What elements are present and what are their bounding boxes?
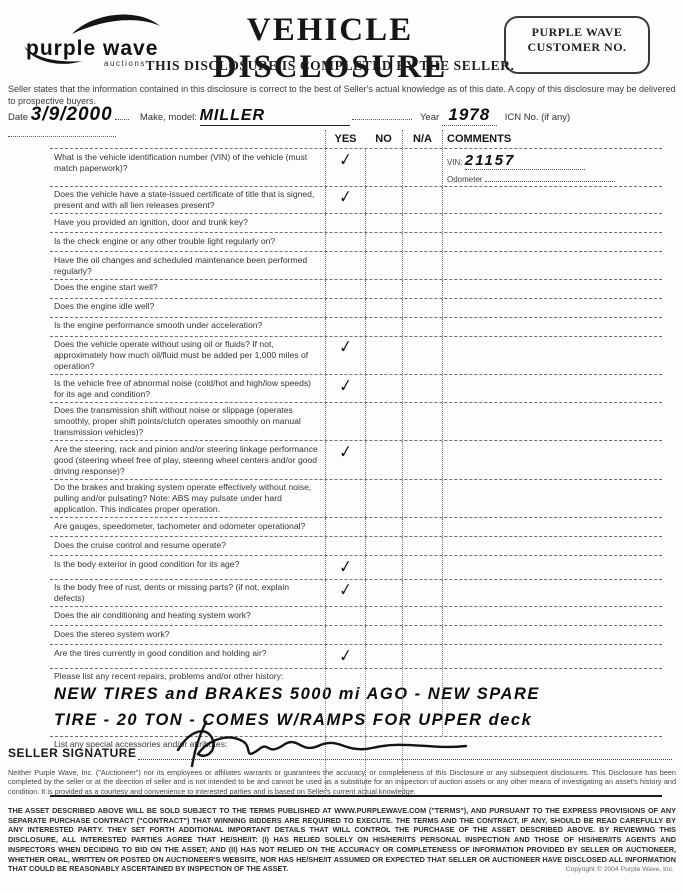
question-text: Is the body free of rust, dents or missi… [50, 580, 325, 607]
na-cell [402, 580, 442, 607]
table-row: Is the vehicle free of abnormal noise (c… [50, 375, 662, 403]
yes-checkmark-icon: ✓ [338, 188, 352, 206]
make-model-value-handwritten: MILLER [200, 107, 266, 124]
comments-cell [442, 318, 662, 336]
yes-checkmark-icon: ✓ [338, 647, 352, 665]
disclaimer-paragraph: Neither Purple Wave, Inc. ("Auctioneer")… [8, 768, 676, 796]
customer-box-line1: PURPLE WAVE [506, 25, 648, 40]
na-cell [402, 280, 442, 298]
question-text: Does the engine start well? [50, 280, 325, 298]
table-row: Have you provided an ignition, door and … [50, 214, 662, 233]
comments-cell [442, 187, 662, 214]
no-cell [365, 187, 402, 214]
yes-checkmark-icon: ✓ [338, 377, 352, 395]
no-cell [365, 337, 402, 375]
yes-cell [325, 403, 365, 441]
na-cell [402, 537, 442, 555]
question-text: Is the body exterior in good condition f… [50, 556, 325, 579]
comments-cell [442, 480, 662, 518]
table-row: What is the vehicle identification numbe… [50, 149, 662, 187]
comments-cell [442, 403, 662, 441]
year-label: Year [420, 112, 439, 123]
odometer-blank-line [485, 173, 615, 182]
no-cell [365, 537, 402, 555]
question-text: Have the oil changes and scheduled maint… [50, 252, 325, 279]
question-text: Is the engine performance smooth under a… [50, 318, 325, 336]
comments-cell [442, 556, 662, 579]
comments-cell [442, 252, 662, 279]
na-cell [402, 149, 442, 186]
question-text: Do the brakes and braking system operate… [50, 480, 325, 518]
terms-paragraph: THE ASSET DESCRIBED ABOVE WILL BE SOLD S… [8, 806, 676, 874]
date-label: Date [8, 112, 28, 123]
comments-cell [442, 214, 662, 232]
no-cell [365, 318, 402, 336]
no-cell [365, 214, 402, 232]
no-cell [365, 645, 402, 668]
table-row: Are the steering, rack and pinion and/or… [50, 441, 662, 480]
yes-cell [325, 214, 365, 232]
year-value-handwritten: 1978 [448, 105, 490, 124]
question-text: Does the air conditioning and heating sy… [50, 607, 325, 625]
yes-cell: ✓ [325, 337, 365, 375]
disclosure-table-body: What is the vehicle identification numbe… [50, 149, 662, 669]
table-row: Does the stereo system work? [50, 626, 662, 645]
question-text: Have you provided an ignition, door and … [50, 214, 325, 232]
comments-cell [442, 233, 662, 251]
table-row: Do the brakes and braking system operate… [50, 480, 662, 519]
no-cell [365, 556, 402, 579]
yes-cell: ✓ [325, 441, 365, 479]
no-cell [365, 626, 402, 644]
na-cell [402, 318, 442, 336]
table-row: Have the oil changes and scheduled maint… [50, 252, 662, 280]
na-cell [402, 518, 442, 536]
na-cell [402, 214, 442, 232]
comments-cell [442, 580, 662, 607]
na-cell [402, 626, 442, 644]
seller-signature-section: SELLER SIGNATURE [8, 738, 676, 766]
table-row: Does the engine start well? [50, 280, 662, 299]
disclosure-table: YES NO N/A COMMENTS What is the vehicle … [50, 130, 662, 797]
na-cell [402, 299, 442, 317]
na-column-header: N/A [402, 130, 442, 148]
table-row: Does the vehicle have a state-issued cer… [50, 187, 662, 215]
yes-cell [325, 480, 365, 518]
comments-cell: VIN: 21157 Odometer [442, 149, 662, 186]
na-cell [402, 441, 442, 479]
yes-cell: ✓ [325, 375, 365, 402]
no-cell [365, 580, 402, 607]
question-text: Is the check engine or any other trouble… [50, 233, 325, 251]
na-cell [402, 645, 442, 668]
logo-wave-upper-icon [72, 15, 160, 34]
yes-cell: ✓ [325, 149, 365, 186]
make-blank-line [352, 109, 412, 120]
yes-cell [325, 252, 365, 279]
odometer-label: Odometer [447, 175, 483, 184]
comments-cell [442, 607, 662, 625]
yes-cell: ✓ [325, 580, 365, 607]
no-cell [365, 518, 402, 536]
yes-cell [325, 299, 365, 317]
form-subtitle: THIS DISCLOSURE IS COMPLETED BY THE SELL… [120, 58, 540, 74]
table-row: Is the check engine or any other trouble… [50, 233, 662, 252]
question-text: Are gauges, speedometer, tachometer and … [50, 518, 325, 536]
question-text: What is the vehicle identification numbe… [50, 149, 325, 186]
table-header-row: YES NO N/A COMMENTS [50, 130, 662, 149]
no-cell [365, 441, 402, 479]
vehicle-disclosure-document: purple wave auctions VEHICLE DISCLOSURE … [0, 0, 684, 894]
copyright-notice: Copyright © 2004 Purple Wave, Inc. [566, 866, 674, 873]
no-cell [365, 233, 402, 251]
question-text: Are the tires currently in good conditio… [50, 645, 325, 668]
no-cell [365, 403, 402, 441]
na-cell [402, 337, 442, 375]
yes-cell [325, 607, 365, 625]
na-cell [402, 187, 442, 214]
yes-cell [325, 626, 365, 644]
comments-cell [442, 280, 662, 298]
vin-comment-line: VIN: 21157 [447, 152, 658, 170]
page-title: VEHICLE DISCLOSURE [160, 12, 500, 86]
seller-signature-handwriting [148, 720, 488, 768]
yes-cell [325, 280, 365, 298]
question-text: Does the stereo system work? [50, 626, 325, 644]
table-row: Does the cruise control and resume opera… [50, 537, 662, 556]
yes-cell: ✓ [325, 556, 365, 579]
comments-cell [442, 375, 662, 402]
no-cell [365, 607, 402, 625]
na-cell [402, 403, 442, 441]
date-blank-line [115, 109, 129, 120]
question-header-spacer [50, 130, 325, 148]
logo-text: purple wave [26, 37, 158, 60]
na-cell [402, 375, 442, 402]
vin-label: VIN: [447, 158, 463, 167]
table-row: Does the transmission shift without nois… [50, 403, 662, 442]
make-model-label: Make, model: [140, 112, 197, 123]
seller-signature-label: SELLER SIGNATURE [8, 746, 136, 760]
no-column-header: NO [365, 130, 402, 148]
na-cell [402, 607, 442, 625]
yes-checkmark-icon: ✓ [338, 443, 352, 461]
icn-label: ICN No. (if any) [505, 112, 570, 123]
repairs-handwritten-line1: NEW TIRES and BRAKES 5000 mi AGO - NEW S… [50, 683, 662, 710]
no-cell [365, 252, 402, 279]
table-row: Is the body free of rust, dents or missi… [50, 580, 662, 608]
no-cell [365, 299, 402, 317]
na-cell [402, 233, 442, 251]
customer-box-line2: CUSTOMER NO. [506, 40, 648, 55]
yes-checkmark-icon: ✓ [338, 581, 352, 599]
comments-cell [442, 645, 662, 668]
repairs-label: Please list any recent repairs, problems… [50, 669, 662, 683]
yes-checkmark-icon: ✓ [338, 338, 352, 356]
comments-cell [442, 299, 662, 317]
no-cell [365, 280, 402, 298]
question-text: Does the cruise control and resume opera… [50, 537, 325, 555]
yes-cell [325, 233, 365, 251]
yes-column-header: YES [325, 130, 365, 148]
na-cell [402, 556, 442, 579]
no-cell [365, 480, 402, 518]
question-text: Does the vehicle operate without using o… [50, 337, 325, 375]
comments-cell [442, 518, 662, 536]
question-text: Is the vehicle free of abnormal noise (c… [50, 375, 325, 402]
table-row: Is the engine performance smooth under a… [50, 318, 662, 337]
yes-cell [325, 518, 365, 536]
yes-cell: ✓ [325, 645, 365, 668]
comments-cell [442, 441, 662, 479]
yes-cell [325, 318, 365, 336]
na-cell [402, 480, 442, 518]
question-text: Does the transmission shift without nois… [50, 403, 325, 441]
no-cell [365, 149, 402, 186]
comments-cell [442, 337, 662, 375]
comments-cell [442, 537, 662, 555]
date-value-handwritten: 3/9/2000 [31, 104, 113, 125]
na-cell [402, 252, 442, 279]
yes-checkmark-icon: ✓ [338, 558, 352, 576]
table-row: Is the body exterior in good condition f… [50, 556, 662, 580]
comments-column-header: COMMENTS [442, 130, 662, 148]
question-text: Are the steering, rack and pinion and/or… [50, 441, 325, 479]
comments-cell [442, 626, 662, 644]
table-row: Does the vehicle operate without using o… [50, 337, 662, 376]
table-row: Are the tires currently in good conditio… [50, 645, 662, 669]
table-row: Does the engine idle well? [50, 299, 662, 318]
vin-value-handwritten: 21157 [465, 152, 516, 169]
question-text: Does the vehicle have a state-issued cer… [50, 187, 325, 214]
question-text: Does the engine idle well? [50, 299, 325, 317]
table-row: Does the air conditioning and heating sy… [50, 607, 662, 626]
no-cell [365, 375, 402, 402]
yes-cell: ✓ [325, 187, 365, 214]
yes-checkmark-icon: ✓ [338, 151, 352, 169]
odometer-comment-line: Odometer [447, 173, 658, 184]
yes-cell [325, 537, 365, 555]
table-row: Are gauges, speedometer, tachometer and … [50, 518, 662, 537]
